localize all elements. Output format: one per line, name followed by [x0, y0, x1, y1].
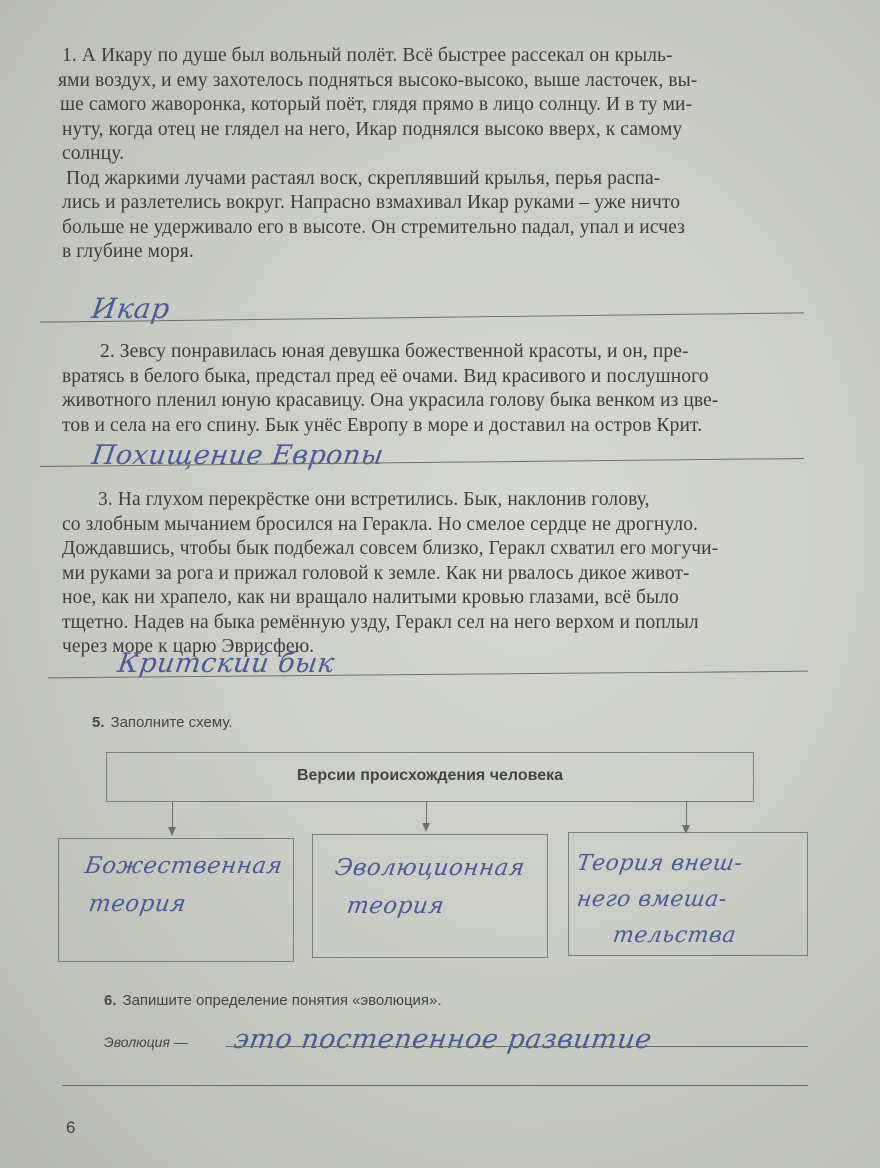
- text-line: со злобным мычанием бросился на Геракла.…: [62, 513, 810, 538]
- text-line: вратясь в белого быка, предстал пред её …: [62, 365, 810, 390]
- box-1-line-1: Божественная: [83, 853, 284, 879]
- arrow-down-icon: [426, 802, 427, 824]
- task-5-heading: 5.Заполните схему.: [92, 714, 233, 731]
- text-line: Под жаркими лучами растаял воск, скрепля…: [62, 167, 810, 192]
- text-line: 2. Зевсу понравилась юная девушка божест…: [62, 340, 810, 365]
- text-line: ше самого жаворонка, который поёт, глядя…: [60, 93, 810, 118]
- text-line: ми руками за рога и прижал головой к зем…: [62, 562, 810, 587]
- answer-6-handwritten: это постепенное развитие: [232, 1024, 654, 1055]
- text-line: ями воздух, и ему захотелось подняться в…: [58, 69, 810, 94]
- box-1-line-2: теория: [87, 891, 188, 917]
- scheme-box-3: Теория внеш- него вмеша- тельства: [568, 832, 808, 956]
- answer-6-line-2: [62, 1085, 808, 1086]
- page-number: 6: [66, 1118, 75, 1138]
- text-line: 1. А Икару по душе был вольный полёт. Вс…: [62, 44, 810, 69]
- text-line: солнцу.: [62, 142, 810, 167]
- box-3-line-3: тельства: [611, 923, 737, 948]
- arrow-down-icon: [172, 802, 173, 828]
- text-line: тов и села на его спину. Бык унёс Европу…: [62, 414, 810, 439]
- task-number: 5.: [92, 714, 105, 731]
- answer-2-handwritten: Похищение Европы: [90, 440, 386, 471]
- text-line: ное, как ни храпело, как ни вращало нали…: [62, 586, 810, 611]
- text-line: больше не удерживало его в высоте. Он ст…: [62, 216, 810, 241]
- text-line: в глубине моря.: [62, 240, 810, 265]
- text-line: Дождавшись, чтобы бык подбежал совсем бл…: [62, 537, 810, 562]
- exercise-2-text: 2. Зевсу понравилась юная девушка божест…: [62, 340, 810, 438]
- box-2-line-1: Эволюционная: [333, 855, 526, 881]
- text-line: нуту, когда отец не глядел на него, Икар…: [62, 118, 810, 143]
- scheme-box-2: Эволюционная теория: [312, 834, 548, 958]
- answer-6-line-1: [226, 1046, 808, 1047]
- scheme-title: Версии происхождения человека: [107, 753, 753, 799]
- scheme-title-box: Версии происхождения человека: [106, 752, 754, 802]
- exercise-1-text: 1. А Икару по душе был вольный полёт. Вс…: [62, 44, 810, 265]
- workbook-page: 1. А Икару по душе был вольный полёт. Вс…: [0, 0, 880, 1168]
- text-line: 3. На глухом перекрёстке они встретились…: [62, 488, 810, 513]
- text-line: лись и разлетелись вокруг. Напрасно взма…: [62, 191, 810, 216]
- text-line: тщетно. Надев на быка ремённую узду, Гер…: [62, 611, 810, 636]
- evolution-term-label: Эволюция —: [104, 1034, 188, 1050]
- scheme-box-1: Божественная теория: [58, 838, 294, 962]
- task-instruction: Запишите определение понятия «эволюция».: [123, 992, 442, 1009]
- arrow-down-icon: [686, 802, 687, 826]
- box-3-line-2: него вмеша-: [575, 887, 728, 912]
- task-instruction: Заполните схему.: [111, 714, 233, 731]
- task-number: 6.: [104, 992, 117, 1009]
- box-2-line-2: теория: [345, 893, 446, 919]
- text-line: животного пленил юную красавицу. Она укр…: [62, 389, 810, 414]
- task-6-heading: 6.Запишите определение понятия «эволюция…: [104, 992, 442, 1009]
- box-3-line-1: Теория внеш-: [575, 851, 744, 876]
- exercise-3-text: 3. На глухом перекрёстке они встретились…: [62, 488, 810, 660]
